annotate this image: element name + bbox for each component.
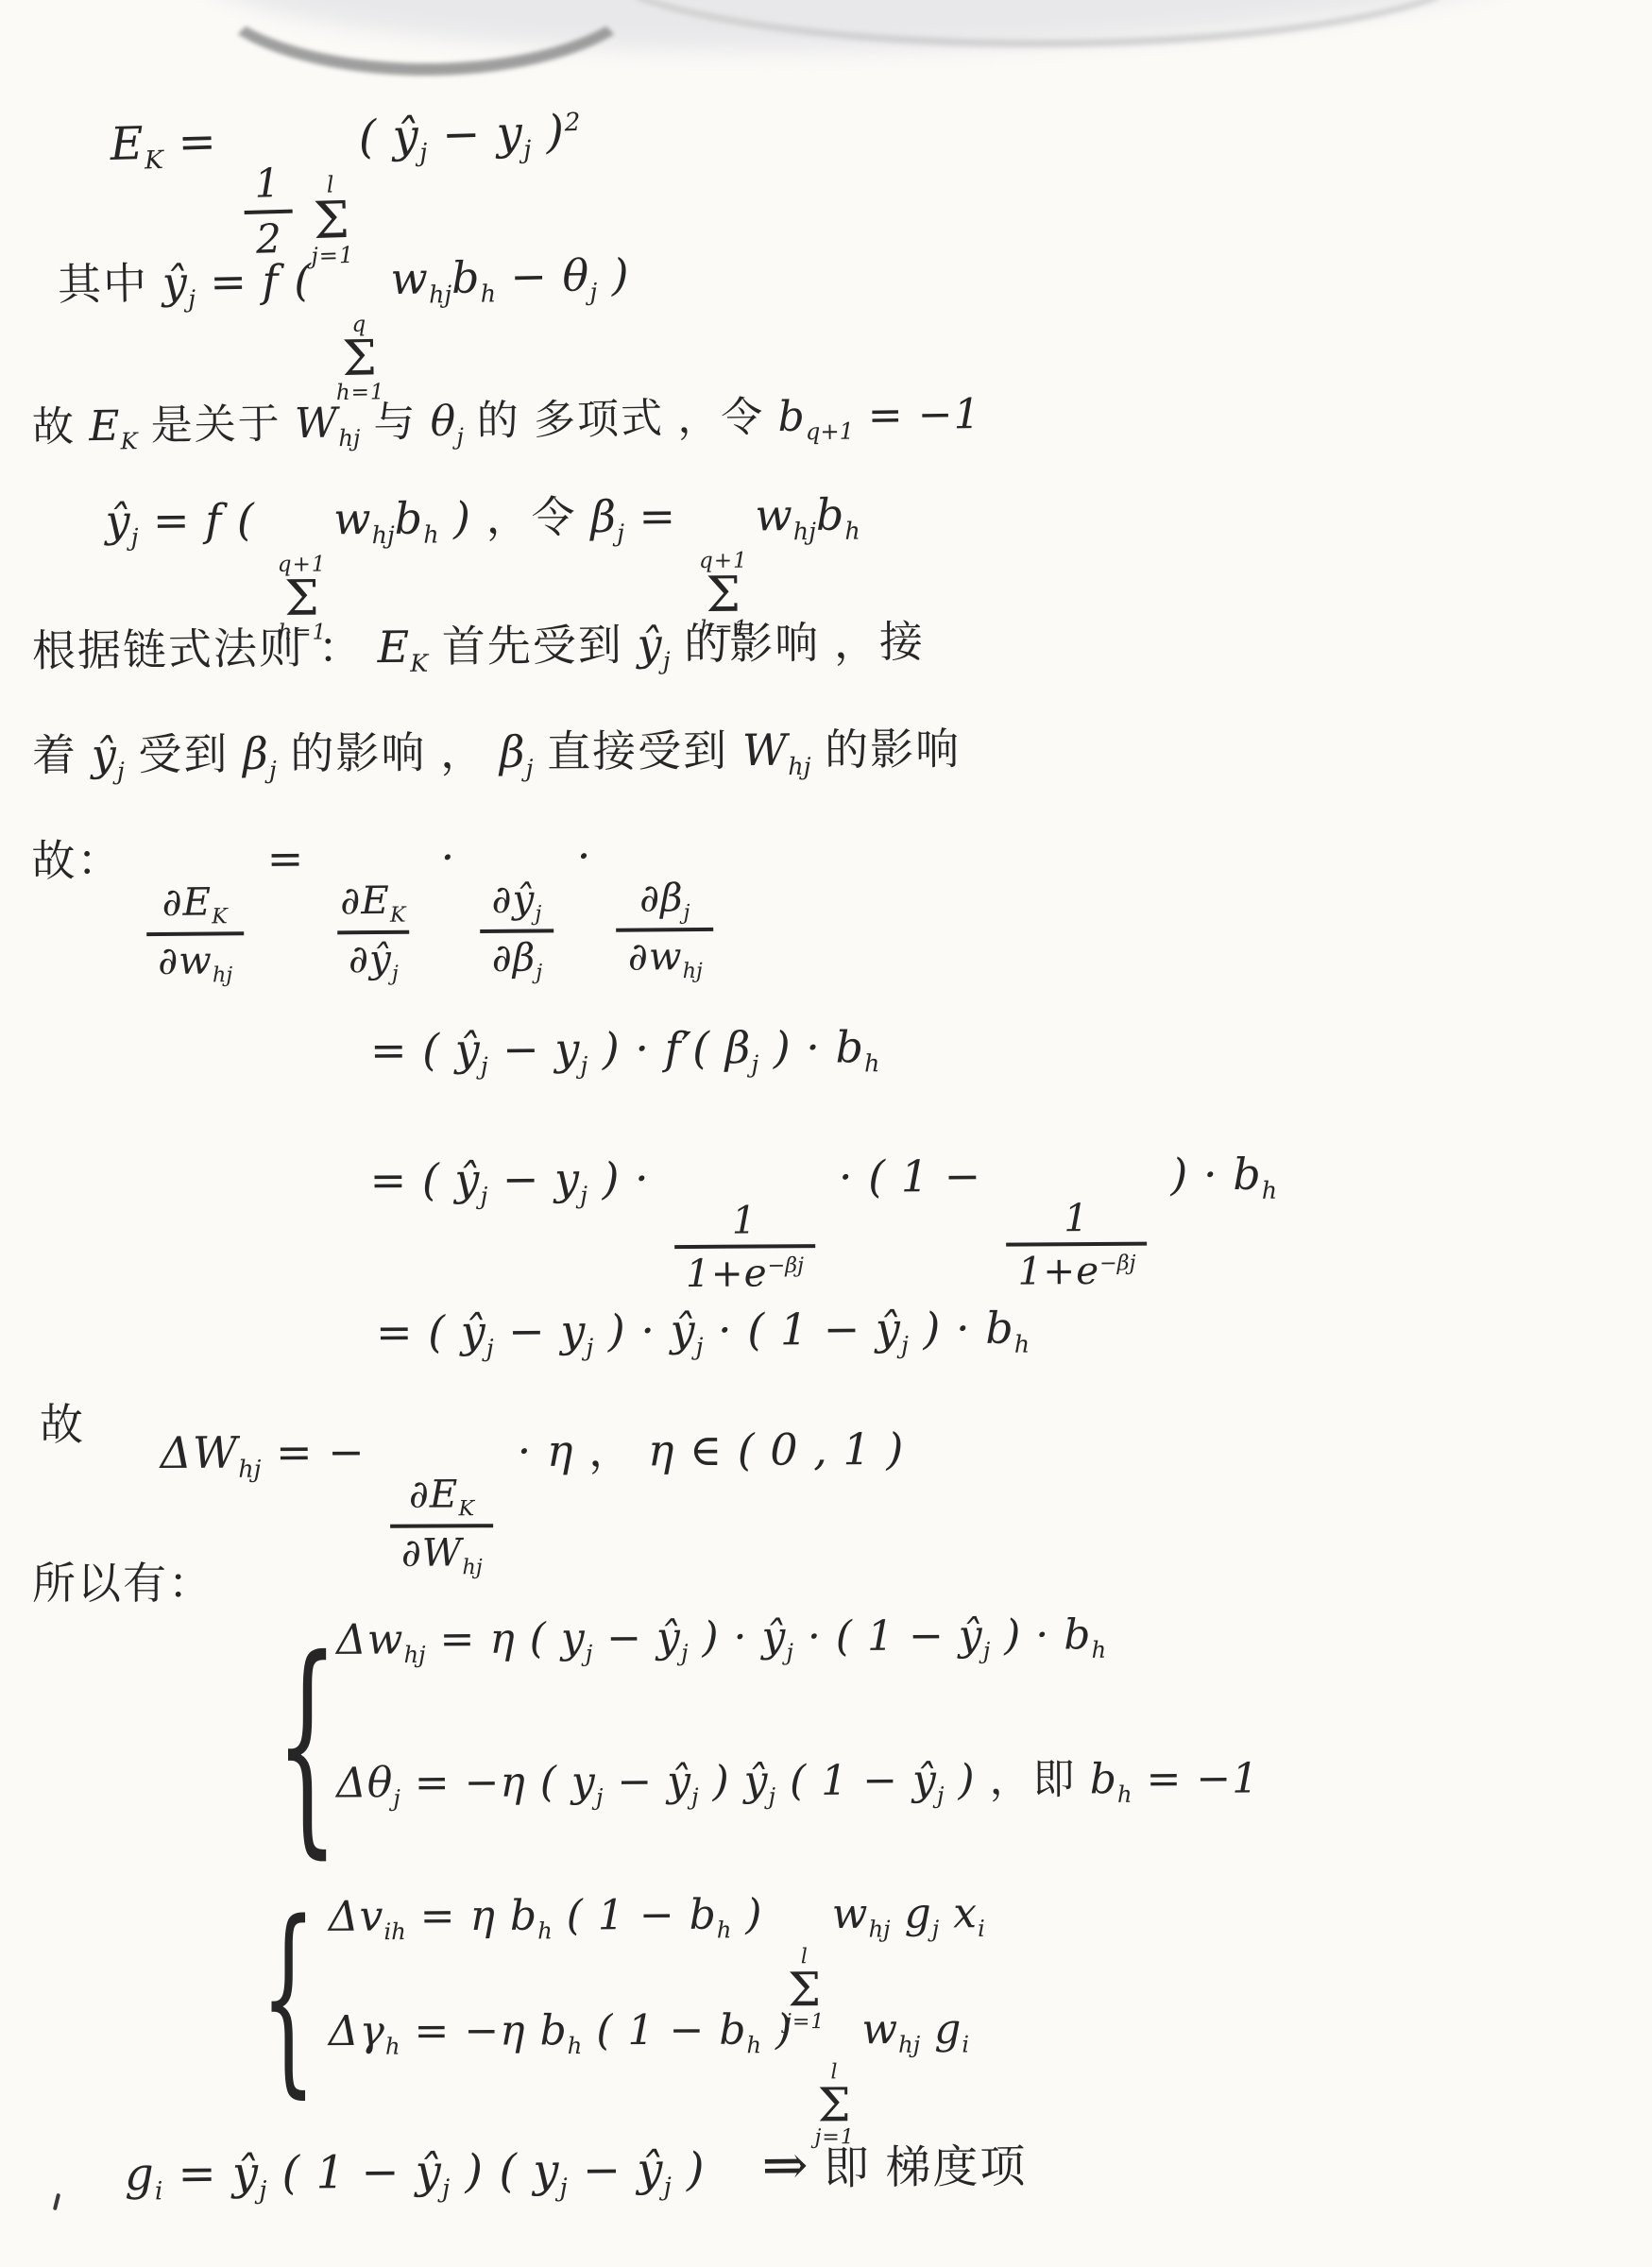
formula-delta-whj: Δwhj = η ( yj − ŷj ) · ŷj · ( 1 − ŷj ) ·… xyxy=(336,1609,1106,1670)
stray-pen-mark xyxy=(53,2193,60,2210)
formula-step-sigmoid: = ( ŷj − yj ) · 11+e−βj · ( 1 − 11+e−βj … xyxy=(369,1148,1277,1298)
formula-partial-chain: 故： ∂EK∂whj = ∂EK∂ŷj · ∂ŷj∂βj · ∂βj∂whj xyxy=(31,828,724,990)
formula-ek-loss: EK = 12lΣj=1( ŷj − yj )2 xyxy=(110,103,585,273)
top-shadow-arc-icon xyxy=(196,0,656,76)
text-chain-rule-2: 着 ŷj 受到 βj 的影响 ， βj 直接受到 Whj 的影响 xyxy=(32,723,962,788)
system-brace-2: { xyxy=(261,1885,316,2110)
formula-delta-gamma: Δγh = −η bh ( 1 − bh ) lΣj=1whj gi xyxy=(329,2003,970,2151)
formula-delta-w-eta: ΔWhj = − ∂EK∂Whj · η ， η ∈ ( 0 , 1 ) xyxy=(161,1423,905,1582)
text-chain-rule-1: 根据链式法则 ： EK 首先受到 ŷj 的影响 ，接 xyxy=(32,615,926,683)
formula-gi-def: gi = ŷj ( 1 − ŷj ) ( yj − ŷj )⇒ 即 梯度项 xyxy=(125,2129,1028,2207)
text-gu: 故 xyxy=(40,1398,85,1453)
formula-step-fprime: = ( ŷj − yj ) · f′( βj ) · bh xyxy=(370,1020,880,1082)
text-polynomial-note: 故 EK 是关于 Whj 与 θj 的 多项式 ，令 bq+1 = −1 xyxy=(32,388,981,457)
system-brace-1: { xyxy=(276,1617,338,1871)
text-suoyi-you: 所以有： xyxy=(32,1557,213,1611)
formula-yhat-def: 其中 ŷj = f ( qΣh=1whjbh − θj ) xyxy=(58,248,632,410)
formula-delta-theta: Δθj = −η ( yj − ŷj ) ŷj ( 1 − ŷj ) ，即 bh… xyxy=(336,1752,1260,1813)
formula-step-simplified: = ( ŷj − yj ) · ŷj · ( 1 − ŷj ) · bh xyxy=(376,1302,1030,1365)
